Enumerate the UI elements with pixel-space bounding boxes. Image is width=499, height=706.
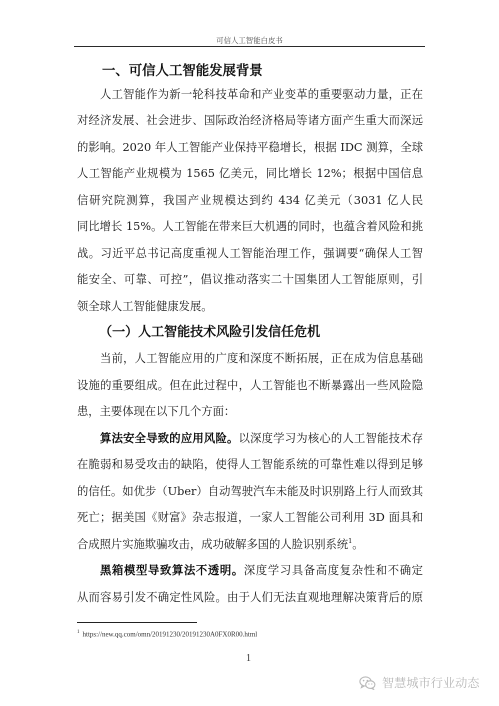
page-number: 1 [246, 653, 251, 665]
footnote-marker: 1 [77, 630, 80, 635]
body-line: 设施的重要组成。但在此过程中，人工智能也不断暴露出一些风险隐 [77, 373, 423, 399]
bold-lead-in: 算法安全导致的应用风险。 [100, 432, 239, 445]
section-title: 一、可信人工智能发展背景 [102, 63, 263, 81]
body-line: 领全球人工智能健康发展。 [77, 294, 423, 320]
body-line: 黑箱模型导致算法不透明。深度学习具备高度复杂性和不确定性， [77, 558, 423, 584]
body-line: 的影响。2020 年人工智能产业保持平稳增长，根据 IDC 测算，全球 [77, 135, 423, 161]
body-line: 算法安全导致的应用风险。以深度学习为核心的人工智能技术存 [77, 426, 423, 452]
body-line: 战。习近平总书记高度重视人工智能治理工作，强调要“确保人工智 [77, 241, 423, 267]
footnote-divider [77, 622, 197, 623]
header-divider [74, 46, 425, 47]
footnote: 1https://new.qq.com/omn/20191230/2019123… [77, 628, 257, 639]
wechat-icon [359, 676, 376, 690]
body-line: 同比增长 15%。人工智能在带来巨大机遇的同时，也蕴含着风险和挑 [77, 214, 423, 240]
body-line: 死亡；据美国《财富》杂志报道，一家人工智能公司利用 3D 面具和 [77, 505, 423, 531]
subsection-title: （一）人工智能技术风险引发信任危机 [77, 320, 423, 346]
footnote-url: https://new.qq.com/omn/20191230/20191230… [83, 630, 258, 638]
body-line: 能安全、可靠、可控”，倡议推动落实二十国集团人工智能原则，引 [77, 267, 423, 293]
body-line: 对经济发展、社会进步、国际政治经济格局等诸方面产生重大而深远 [77, 108, 423, 134]
body-line: 从而容易引发不确定性风险。由于人们无法直观地理解决策背后的原 [77, 585, 423, 611]
watermark: 智慧城市行业动态 [359, 675, 480, 691]
body-text-run: 以深度学习为核心的人工智能技术存 [239, 432, 423, 445]
body-text-run: 。 [352, 538, 363, 551]
body-line: 患，主要体现在以下几个方面： [77, 399, 423, 425]
body-text-run: 合成照片实施欺骗攻击，成功破解多国的人脸识别系统 [77, 538, 348, 551]
body-line: 在脆弱和易受攻击的缺陷，使得人工智能系统的可靠性难以得到足够 [77, 452, 423, 478]
watermark-text: 智慧城市行业动态 [382, 675, 480, 691]
body-line: 的信任。如优步（Uber）自动驾驶汽车未能及时识别路上行人而致其 [77, 479, 423, 505]
body-line: 当前，人工智能应用的广度和深度不断拓展，正在成为信息基础 [77, 346, 423, 372]
body-text: 人工智能作为新一轮科技革命和产业变革的重要驱动力量，正在 对经济发展、社会进步、… [77, 82, 423, 611]
body-line: 人工智能作为新一轮科技革命和产业变革的重要驱动力量，正在 [77, 82, 423, 108]
body-line: 合成照片实施欺骗攻击，成功破解多国的人脸识别系统1。 [77, 532, 423, 558]
body-line: 信研究院测算，我国产业规模达到约 434 亿美元（3031 亿人民币）， [77, 188, 423, 214]
body-line: 人工智能产业规模为 1565 亿美元，同比增长 12%；根据中国信息通 [77, 161, 423, 187]
running-header-title: 可信人工智能白皮书 [0, 36, 499, 46]
bold-lead-in: 黑箱模型导致算法不透明。 [100, 564, 244, 577]
